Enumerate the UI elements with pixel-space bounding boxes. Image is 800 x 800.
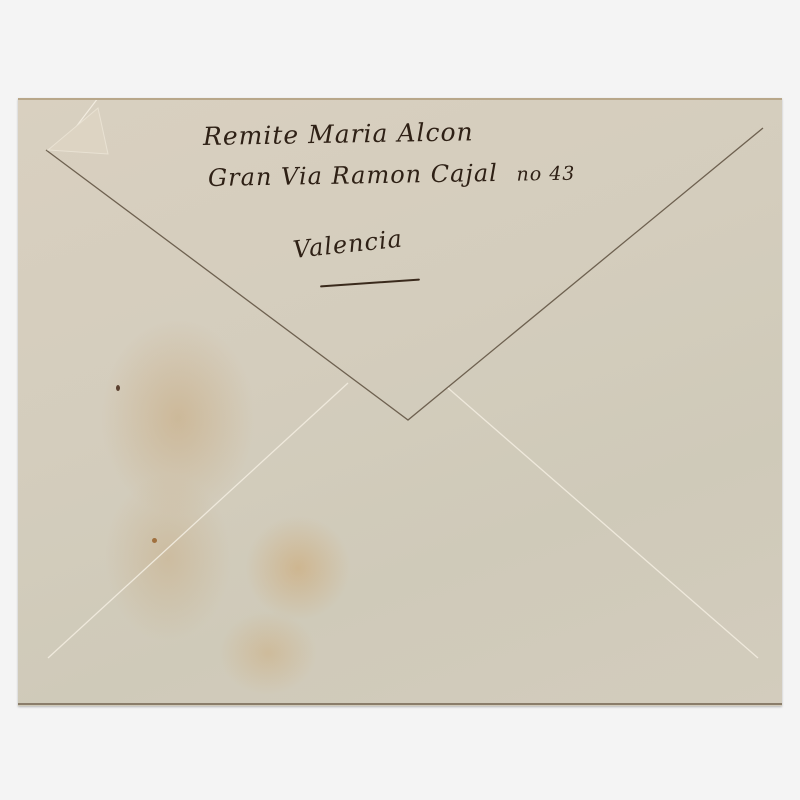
envelope-fold-lines bbox=[18, 98, 782, 706]
street-number: no 43 bbox=[516, 163, 575, 186]
street-name: Gran Via Ramon Cajal bbox=[208, 159, 498, 192]
stain-spot bbox=[152, 538, 157, 543]
ink-spot bbox=[116, 385, 120, 391]
sender-name: Remite Maria Alcon bbox=[203, 117, 474, 151]
envelope-back: Remite Maria Alcon Gran Via Ramon Cajal … bbox=[18, 98, 782, 706]
